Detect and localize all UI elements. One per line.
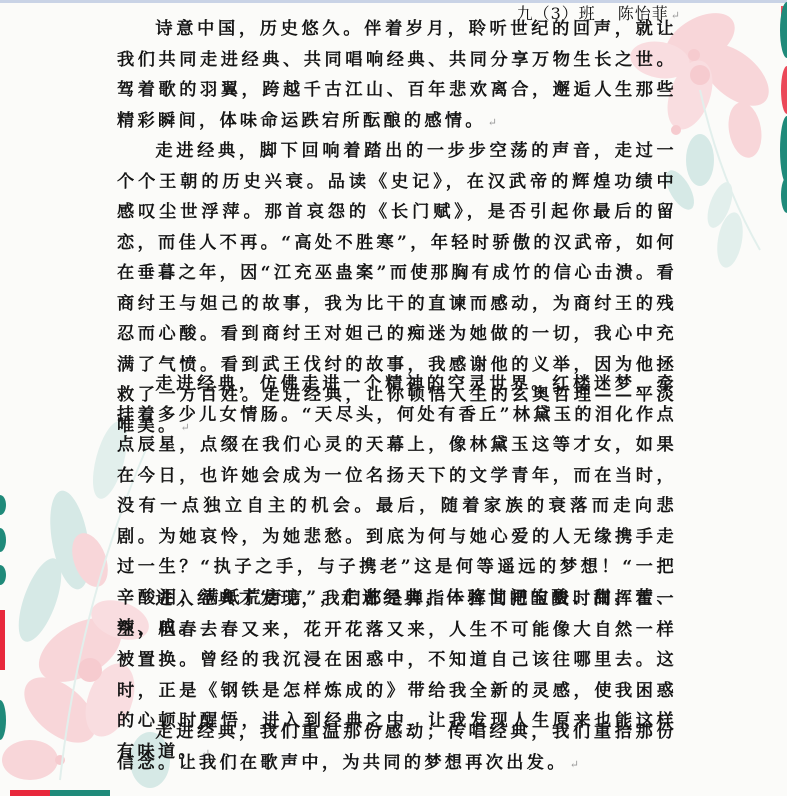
paragraph-mark-icon: ↵ xyxy=(488,116,497,129)
paragraph-1: 诗意中国，历史悠久。伴着岁月，聆听世纪的回声，就让我们共同走进经典、共同唱响经典… xyxy=(117,14,677,138)
paragraph-5: 走进经典，我们重温那份感动；传唱经典，我们重拾那份信念。让我们在歌声中，为共同的… xyxy=(117,717,677,780)
document-page: 九（3）班陈怡菲↵ 诗意中国，历史悠久。伴着岁月，聆听世纪的回声，就让我们共同走… xyxy=(0,0,787,796)
paragraph-mark-icon: ↵ xyxy=(570,758,579,771)
